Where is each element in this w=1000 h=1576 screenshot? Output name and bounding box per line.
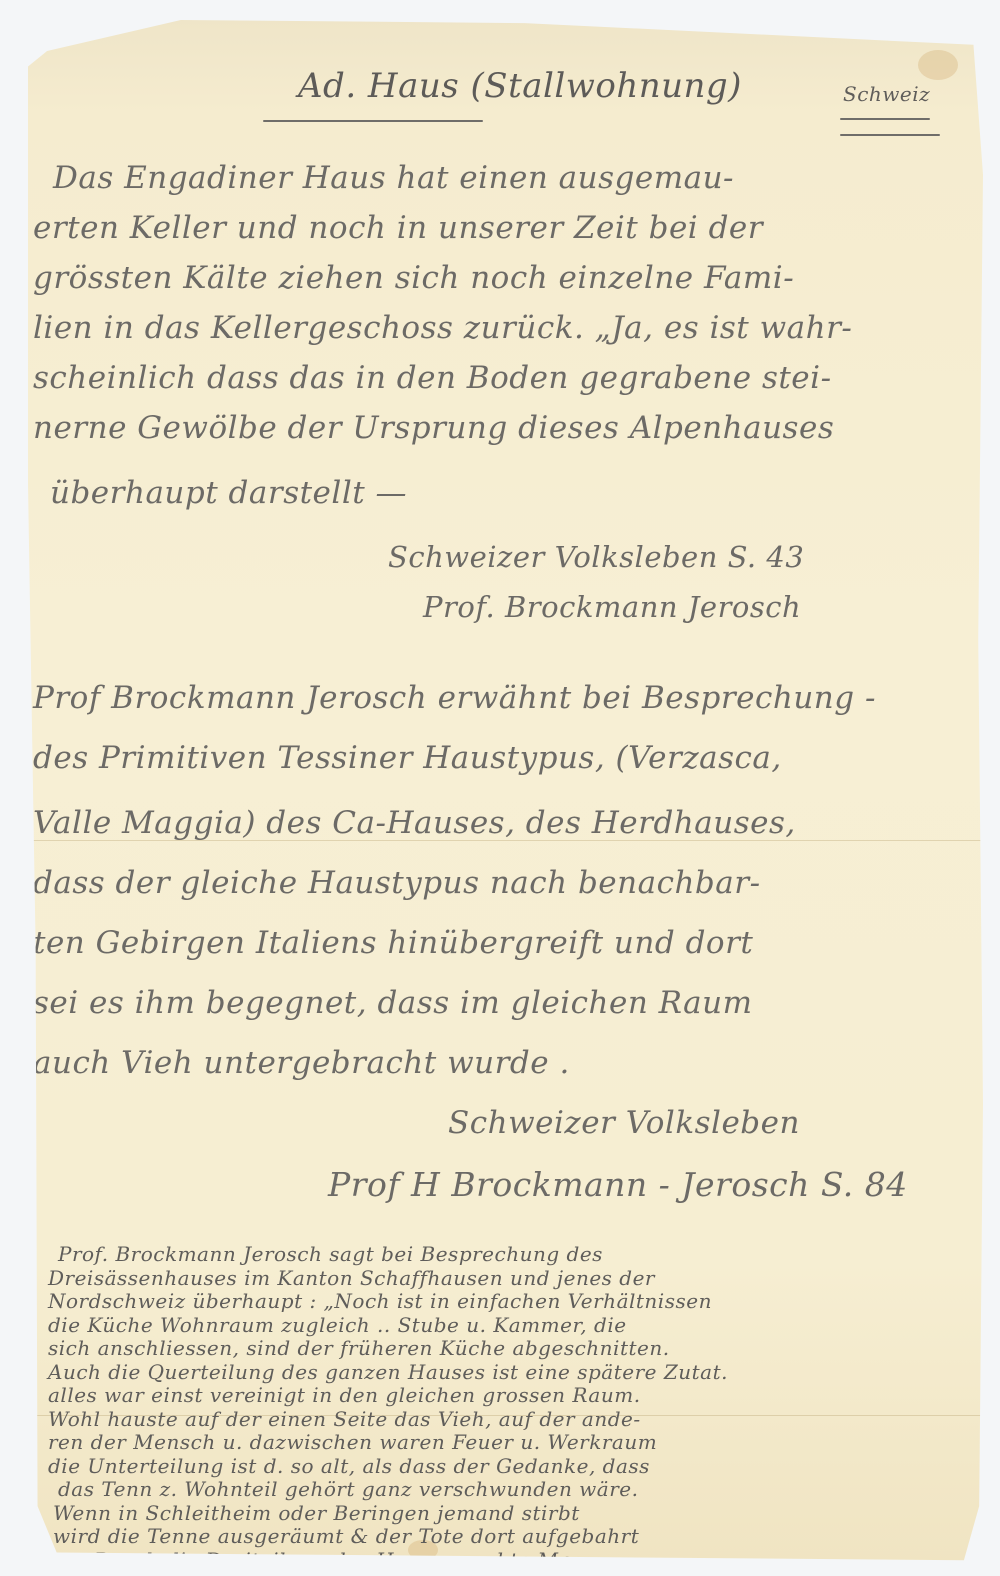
- text-line: sei es ihm begegnet, dass im gleichen Ra…: [33, 985, 753, 1021]
- text-line: dass der gleiche Haustypus nach benachba…: [33, 865, 761, 901]
- citation: Schweizer Volksleben: [448, 1105, 800, 1141]
- paper-stain: [918, 50, 958, 80]
- text-line: Wenn in Schleitheim oder Beringen jemand…: [53, 1501, 580, 1525]
- text-line: das Tenn z. Wohnteil gehört ganz verschw…: [58, 1477, 638, 1501]
- text-line: Valle Maggia) des Ca-Hauses, des Herdhau…: [33, 805, 796, 841]
- text-line: Prof. Brockmann Jerosch sagt bei Besprec…: [58, 1242, 603, 1266]
- text-line: die Unterteilung ist d. so alt, als dass…: [48, 1454, 650, 1478]
- text-line: des Primitiven Tessiner Haustypus, (Verz…: [33, 740, 782, 776]
- text-line: Nordschweiz überhaupt : „Noch ist in ein…: [48, 1289, 712, 1313]
- manuscript-page: Ad. Haus (Stallwohnung) Schweiz Das Enga…: [28, 20, 983, 1568]
- text-line: überhaupt darstellt —: [50, 475, 407, 511]
- text-line: Dreisässenhauses im Kanton Schaffhausen …: [48, 1266, 655, 1290]
- citation-author: Prof. Brockmann Jerosch: [423, 590, 801, 624]
- page-title: Ad. Haus (Stallwohnung): [298, 66, 742, 106]
- text-line: ten Gebirgen Italiens hinübergreift und …: [33, 925, 753, 961]
- text-line: Das Engadiner Haus hat einen ausgemau-: [53, 160, 734, 196]
- margin-note: Schweiz: [843, 82, 930, 106]
- text-line: erten Keller und noch in unserer Zeit be…: [33, 210, 763, 246]
- text-line: lien in das Kellergeschoss zurück. „Ja, …: [33, 310, 852, 346]
- text-line: die Küche Wohnraum zugleich .. Stube u. …: [48, 1313, 627, 1337]
- citation-author: Prof H Brockmann - Jerosch S. 84: [328, 1165, 908, 1204]
- title-underline: [263, 120, 483, 122]
- text-line: grössten Kälte ziehen sich noch einzelne…: [33, 260, 794, 296]
- text-line: Auch die Querteilung des ganzen Hauses i…: [48, 1360, 728, 1384]
- text-line: ..... Durch die Dreiteilung des Hauses s…: [53, 1548, 592, 1572]
- margin-note-underline: [840, 134, 940, 136]
- text-line: sich anschliessen, sind der früheren Küc…: [48, 1336, 670, 1360]
- text-line: scheinlich dass das in den Boden gegrabe…: [33, 360, 832, 396]
- text-line: Wohl hauste auf der einen Seite das Vieh…: [48, 1407, 641, 1431]
- text-line: ren der Mensch u. dazwischen waren Feuer…: [48, 1430, 657, 1454]
- margin-note-underline: [840, 118, 930, 120]
- text-line: Prof Brockmann Jerosch erwähnt bei Bespr…: [33, 680, 876, 716]
- text-line: auch Vieh untergebracht wurde .: [33, 1045, 570, 1081]
- text-line: alles war einst vereinigt in den gleiche…: [48, 1383, 641, 1407]
- citation: Schweizer Volksleben S. 43: [388, 540, 804, 574]
- text-line: nerne Gewölbe der Ursprung dieses Alpenh…: [33, 410, 834, 446]
- text-line: wird die Tenne ausgeräumt & der Tote dor…: [53, 1524, 639, 1548]
